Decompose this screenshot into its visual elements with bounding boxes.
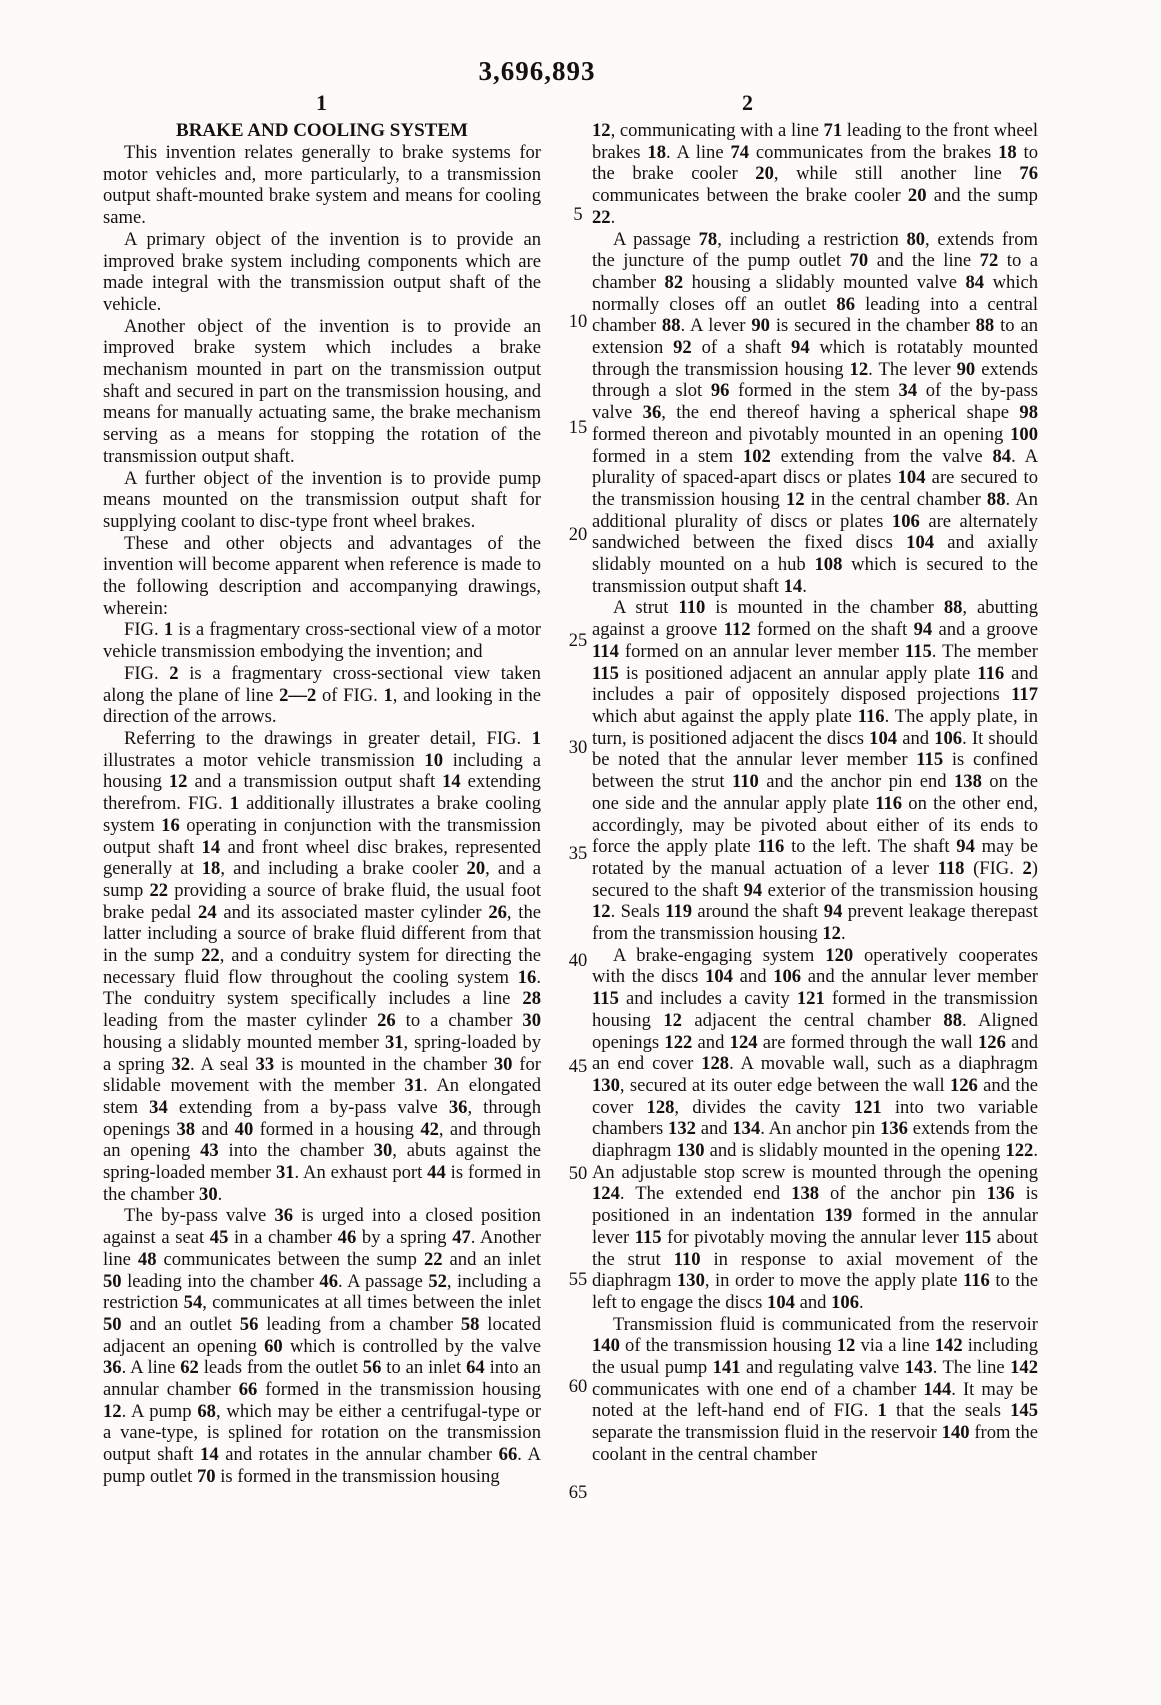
paragraph: Another object of the invention is to pr…	[103, 316, 541, 468]
paragraph: Referring to the drawings in greater det…	[103, 728, 541, 1205]
paragraph: This invention relates generally to brak…	[103, 142, 541, 229]
paragraph: FIG. 1 is a fragmentary cross-sectional …	[103, 619, 541, 662]
line-number: 40	[556, 951, 600, 973]
line-number: 55	[556, 1270, 600, 1292]
column-number-2: 2	[742, 90, 753, 116]
line-number: 25	[556, 631, 600, 653]
patent-number: 3,696,893	[0, 56, 1074, 87]
line-number: 65	[556, 1483, 600, 1505]
left-column-paragraphs: This invention relates generally to brak…	[103, 142, 541, 1488]
line-number: 50	[556, 1164, 600, 1186]
right-column-paragraphs: 12, communicating with a line 71 leading…	[592, 120, 1038, 1466]
patent-page: 3,696,893 1 2 BRAKE AND COOLING SYSTEM T…	[0, 0, 1161, 1705]
paragraph: A further object of the invention is to …	[103, 468, 541, 533]
line-number: 5	[556, 205, 600, 227]
line-number-gutter: 5101520253035404550556065	[556, 0, 600, 1705]
line-number: 20	[556, 525, 600, 547]
paragraph: A primary object of the invention is to …	[103, 229, 541, 316]
document-title: BRAKE AND COOLING SYSTEM	[103, 120, 541, 142]
paragraph: A passage 78, including a restriction 80…	[592, 229, 1038, 598]
paragraph: FIG. 2 is a fragmentary cross-sectional …	[103, 663, 541, 728]
paragraph: These and other objects and advantages o…	[103, 533, 541, 620]
line-number: 30	[556, 738, 600, 760]
line-number: 10	[556, 312, 600, 334]
paragraph: A strut 110 is mounted in the chamber 88…	[592, 597, 1038, 944]
line-number: 35	[556, 844, 600, 866]
paragraph: A brake-engaging system 120 operatively …	[592, 945, 1038, 1314]
line-number: 15	[556, 418, 600, 440]
line-number: 45	[556, 1057, 600, 1079]
paragraph: The by-pass valve 36 is urged into a clo…	[103, 1205, 541, 1487]
text-column-right: 12, communicating with a line 71 leading…	[592, 120, 1038, 1466]
paragraph: 12, communicating with a line 71 leading…	[592, 120, 1038, 229]
column-number-1: 1	[316, 90, 327, 116]
line-number: 60	[556, 1377, 600, 1399]
paragraph: Transmission fluid is communicated from …	[592, 1314, 1038, 1466]
text-column-left: BRAKE AND COOLING SYSTEM This invention …	[103, 120, 541, 1488]
